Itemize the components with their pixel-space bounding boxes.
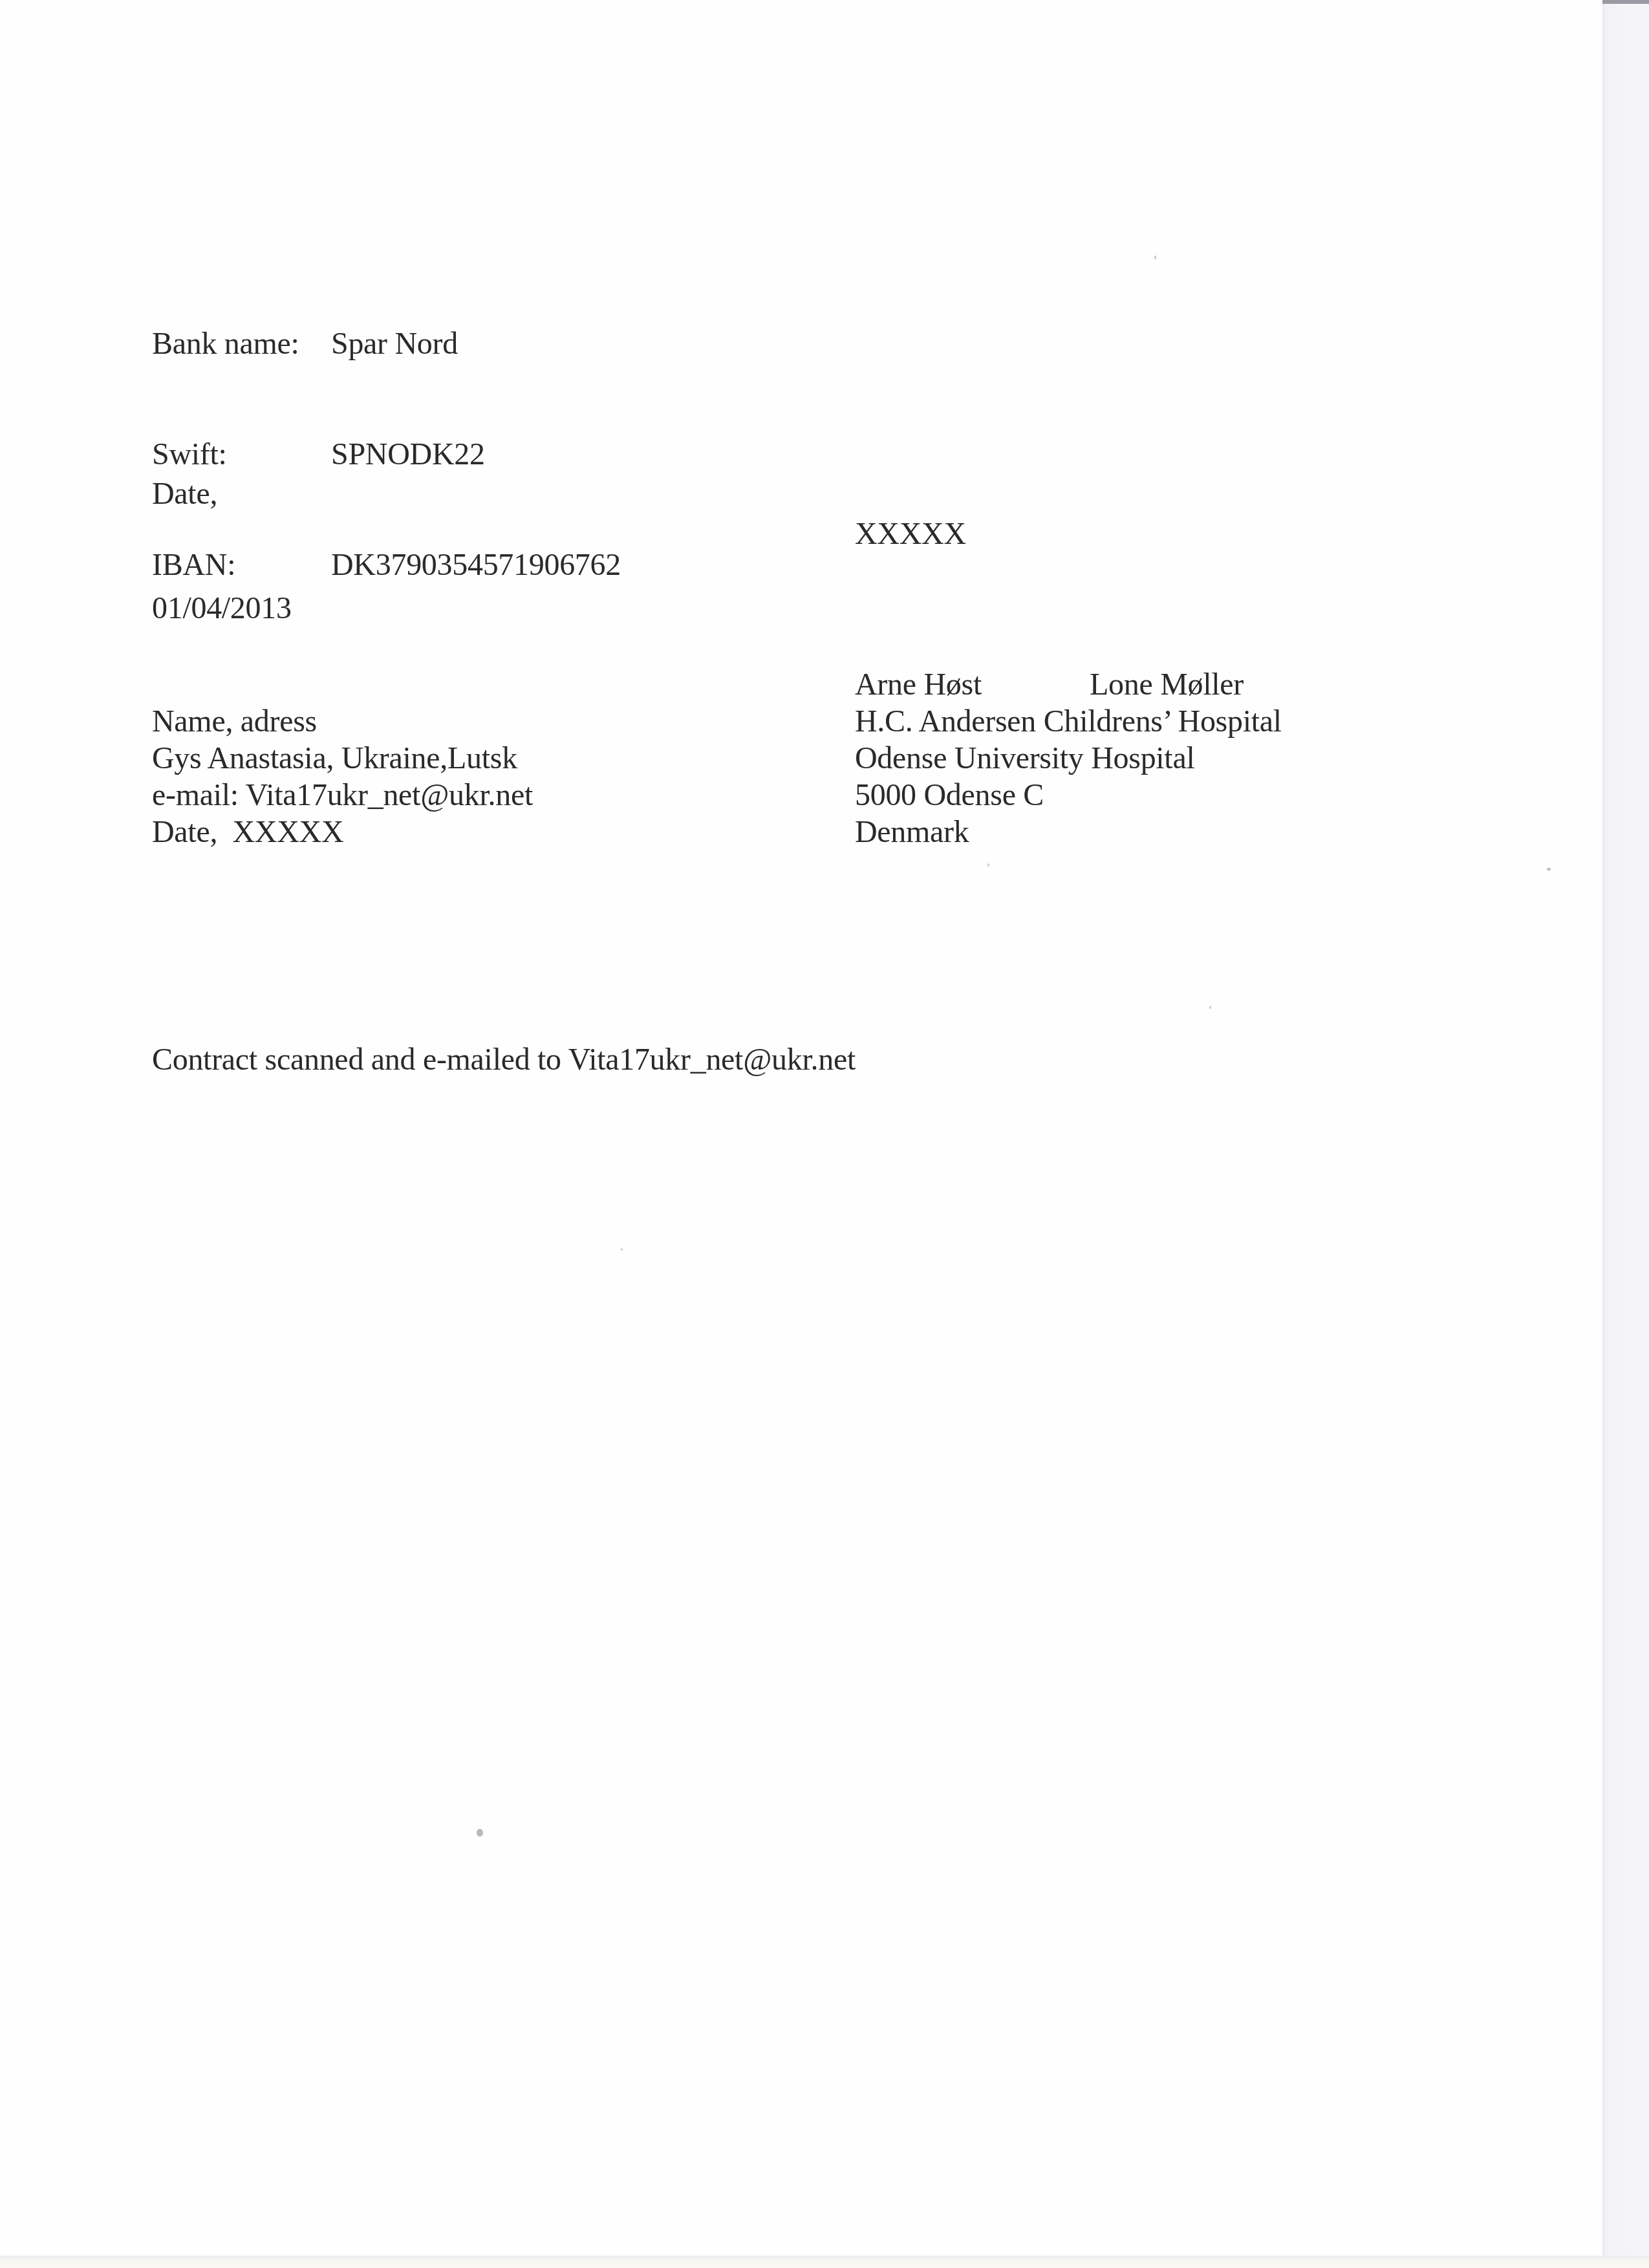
recipient-hospital: H.C. Andersen Childrens’ Hospital [855, 703, 1282, 740]
contract-note: Contract scanned and e-mailed to Vita17u… [152, 1041, 856, 1078]
swift-label: Swift: [152, 436, 331, 473]
sender-name-location: Gys Anastasia, Ukraine,Lutsk [152, 740, 517, 777]
bank-details: Bank name: Spar Nord Swift: SPNODK22 IBA… [152, 252, 621, 620]
date-heading: Date, [152, 475, 217, 512]
recipient-country: Denmark [855, 814, 969, 850]
scanner-bed-right-edge [1602, 0, 1649, 2268]
sender-email: e-mail: Vita17ukr_net@ukr.net [152, 777, 533, 814]
bank-name-row: Bank name: Spar Nord [152, 325, 621, 362]
scan-speck [987, 863, 989, 867]
sender-heading: Name, adress [152, 703, 317, 740]
recipient-person-1: Arne Høst [855, 666, 982, 703]
scan-speck [477, 1829, 483, 1837]
iban-label: IBAN: [152, 546, 331, 583]
scanner-lid-shadow [1602, 0, 1649, 4]
recipient-university-hospital: Odense University Hospital [855, 740, 1194, 777]
bank-name-label: Bank name: [152, 325, 331, 362]
scan-speck [1209, 1006, 1211, 1009]
iban-value: DK3790354571906762 [331, 546, 621, 583]
date-value: 01/04/2013 [152, 590, 292, 627]
swift-row: Swift: SPNODK22 [152, 436, 621, 473]
bank-name-value: Spar Nord [331, 325, 458, 362]
placeholder-top-right: XXXXX [855, 515, 966, 552]
sender-date: Date, XXXXX [152, 814, 343, 850]
recipient-postal-city: 5000 Odense C [855, 777, 1044, 814]
swift-value: SPNODK22 [331, 436, 485, 473]
scan-speck [1154, 255, 1156, 259]
scan-speck [621, 1248, 623, 1251]
iban-row: IBAN: DK3790354571906762 [152, 546, 621, 583]
recipient-person-2: Lone Møller [1090, 666, 1244, 703]
scan-speck [1547, 868, 1551, 870]
scanner-bed-bottom-edge [0, 2256, 1649, 2268]
